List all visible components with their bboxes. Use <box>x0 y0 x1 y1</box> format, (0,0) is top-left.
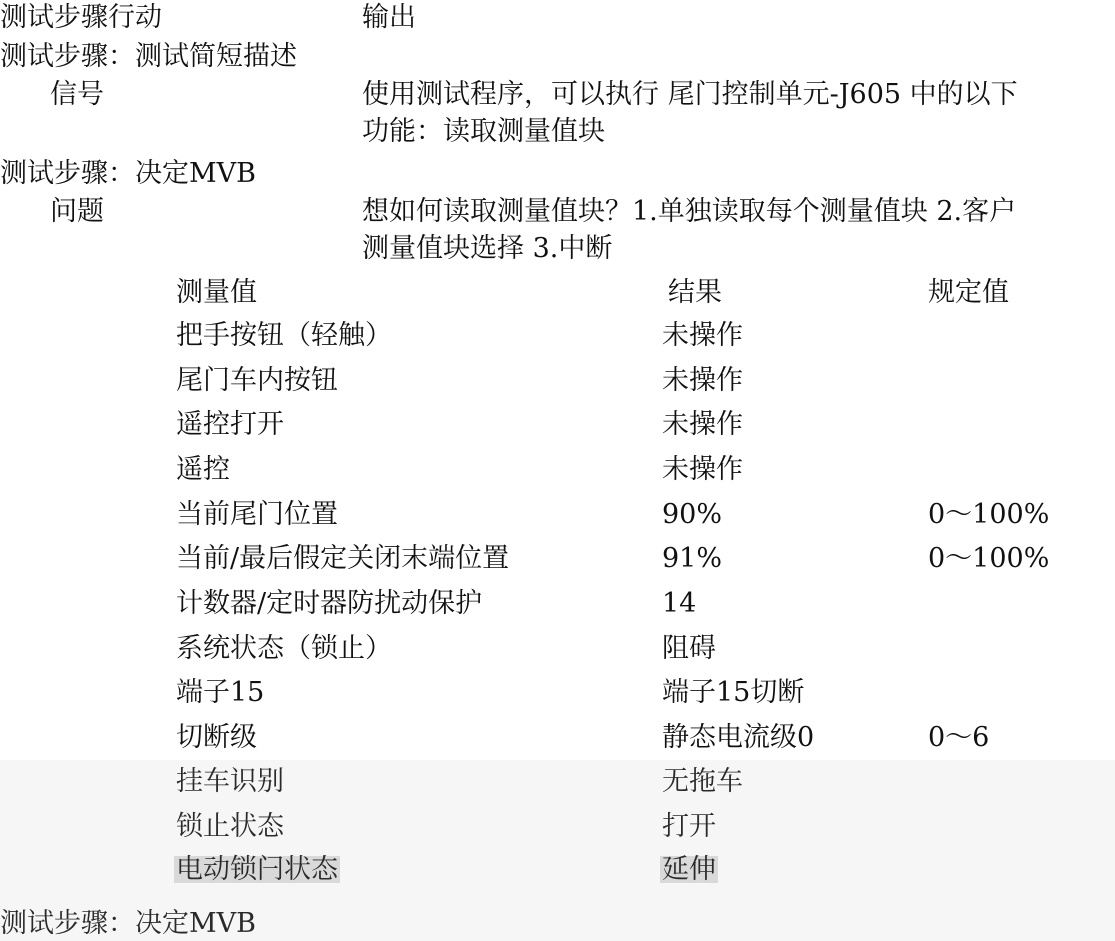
step-output-line: 想如何读取测量值块？1.单独读取每个测量值块 2.客户 <box>362 198 1016 225</box>
row-result: 未操作 <box>662 456 743 483</box>
table-header-measurement: 测量值 <box>176 279 257 306</box>
table-header-spec: 规定值 <box>928 279 1009 306</box>
row-result: 未操作 <box>662 322 743 349</box>
row-result: 打开 <box>662 813 716 840</box>
row-result: 未操作 <box>662 411 743 438</box>
row-name: 挂车识别 <box>176 768 284 795</box>
row-result: 端子15切断 <box>662 679 804 706</box>
row-name: 系统状态（锁止） <box>176 635 392 662</box>
row-result: 延伸 <box>660 856 718 883</box>
row-result: 无拖车 <box>662 768 743 795</box>
table-header-result: 结果 <box>668 279 722 306</box>
footer-step-title: 测试步骤：决定MVB <box>0 910 256 937</box>
step-output-line: 测量值块选择 3.中断 <box>362 235 612 262</box>
column-header-action: 测试步骤行动 <box>0 4 162 31</box>
step-label-signal: 信号 <box>50 81 104 108</box>
row-name: 把手按钮（轻触） <box>176 322 392 349</box>
row-name: 电动锁闩状态 <box>174 856 340 883</box>
row-spec: 0～100% <box>928 501 1049 528</box>
row-name: 计数器/定时器防扰动保护 <box>176 590 482 617</box>
row-name: 尾门车内按钮 <box>176 367 338 394</box>
row-result: 静态电流级0 <box>662 724 814 751</box>
row-result: 90% <box>662 501 722 528</box>
row-result: 阻碍 <box>662 635 716 662</box>
step-output-line: 使用测试程序，可以执行 尾门控制单元-J605 中的以下 <box>362 81 1018 108</box>
step-output-line: 功能：读取测量值块 <box>362 118 605 145</box>
step-label-question: 问题 <box>50 198 104 225</box>
row-name: 遥控 <box>176 456 230 483</box>
row-result: 14 <box>662 590 696 617</box>
row-spec: 0～100% <box>928 545 1049 572</box>
row-result: 未操作 <box>662 367 743 394</box>
row-name: 遥控打开 <box>176 411 284 438</box>
step-title: 测试步骤：决定MVB <box>0 160 256 187</box>
row-name: 切断级 <box>176 724 257 751</box>
step-title: 测试步骤：测试简短描述 <box>0 43 297 70</box>
row-name: 当前/最后假定关闭末端位置 <box>176 545 509 572</box>
row-name: 锁止状态 <box>176 813 284 840</box>
column-header-output: 输出 <box>362 4 416 31</box>
row-spec: 0～6 <box>928 724 989 751</box>
row-name: 端子15 <box>176 679 264 706</box>
row-name: 当前尾门位置 <box>176 501 338 528</box>
row-result: 91% <box>662 545 722 572</box>
